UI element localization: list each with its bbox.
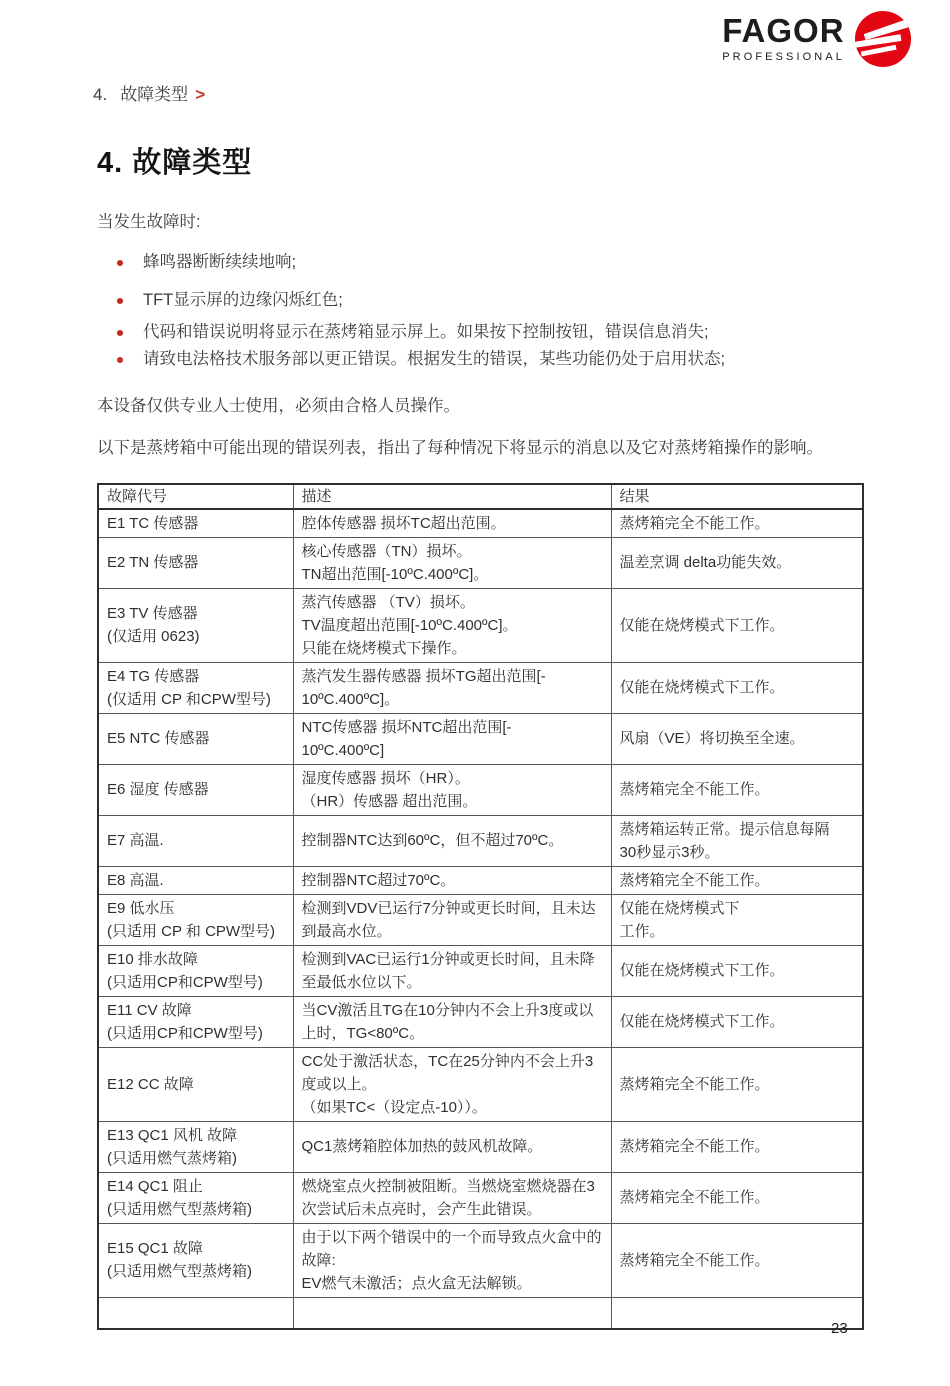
cell-fault-code: E10 排水故障(只适用CP和CPW型号) bbox=[98, 945, 293, 996]
cell-result: 蒸烤箱完全不能工作。 bbox=[611, 1047, 863, 1121]
cell-result: 蒸烤箱完全不能工作。 bbox=[611, 866, 863, 894]
cell-description: 腔体传感器 损坏TC超出范围。 bbox=[293, 509, 611, 538]
cell-description: NTC传感器 损坏NTC超出范围[-10ºC.400ºC] bbox=[293, 713, 611, 764]
fagor-logo: FAGOR PROFESSIONAL bbox=[722, 10, 912, 68]
cell-description: 当CV激活且TG在10分钟内不会上升3度或以上时，TG<80ºC。 bbox=[293, 996, 611, 1047]
page-title: 4. 故障类型 bbox=[97, 140, 862, 181]
bullet-icon bbox=[117, 260, 123, 266]
cell-fault-code: E1 TC 传感器 bbox=[98, 509, 293, 538]
table-row: E5 NTC 传感器NTC传感器 损坏NTC超出范围[-10ºC.400ºC]风… bbox=[98, 713, 863, 764]
cell-fault-code: E11 CV 故障(只适用CP和CPW型号) bbox=[98, 996, 293, 1047]
cell-result: 蒸烤箱完全不能工作。 bbox=[611, 1172, 863, 1223]
cell-result: 仅能在烧烤模式下工作。 bbox=[611, 588, 863, 662]
cell-result: 仅能在烧烤模式下工作。 bbox=[611, 945, 863, 996]
cell-result: 蒸烤箱完全不能工作。 bbox=[611, 1121, 863, 1172]
table-row: E11 CV 故障(只适用CP和CPW型号)当CV激活且TG在10分钟内不会上升… bbox=[98, 996, 863, 1047]
breadcrumb-label[interactable]: 故障类型 bbox=[120, 85, 188, 104]
cell-fault-code bbox=[98, 1297, 293, 1329]
cell-description: 燃烧室点火控制被阻断。当燃烧室燃烧器在3次尝试后未点亮时，会产生此错误。 bbox=[293, 1172, 611, 1223]
cell-description: 控制器NTC超过70ºC。 bbox=[293, 866, 611, 894]
intro-note: 本设备仅供专业人士使用，必须由合格人员操作。 bbox=[97, 392, 862, 416]
table-row: E4 TG 传感器(仅适用 CP 和CPW型号)蒸汽发生器传感器 损坏TG超出范… bbox=[98, 662, 863, 713]
cell-fault-code: E14 QC1 阻止(只适用燃气型蒸烤箱) bbox=[98, 1172, 293, 1223]
cell-fault-code: E7 高温. bbox=[98, 815, 293, 866]
column-header-code: 故障代号 bbox=[98, 484, 293, 509]
cell-description: CC处于激活状态，TC在25分钟内不会上升3度或以上。（如果TC<（设定点-10… bbox=[293, 1047, 611, 1121]
cell-fault-code: E6 湿度 传感器 bbox=[98, 764, 293, 815]
breadcrumb-arrow-icon: > bbox=[195, 85, 205, 104]
breadcrumb-number: 4. bbox=[93, 85, 107, 104]
cell-fault-code: E12 CC 故障 bbox=[98, 1047, 293, 1121]
cell-result bbox=[611, 1297, 863, 1329]
bullet-icon bbox=[117, 357, 123, 363]
logo-text-block: FAGOR PROFESSIONAL bbox=[722, 14, 845, 63]
table-row: E2 TN 传感器核心传感器（TN）损坏。TN超出范围[-10ºC.400ºC]… bbox=[98, 537, 863, 588]
cell-description: 核心传感器（TN）损坏。TN超出范围[-10ºC.400ºC]。 bbox=[293, 537, 611, 588]
logo-brand-text: FAGOR bbox=[722, 14, 844, 47]
cell-description: 检测到VDV已运行7分钟或更长时间，且未达到最高水位。 bbox=[293, 894, 611, 945]
table-row bbox=[98, 1297, 863, 1329]
cell-result: 风扇（VE）将切换至全速。 bbox=[611, 713, 863, 764]
list-item: 蜂鸣器断断续续地响; bbox=[117, 250, 862, 275]
cell-fault-code: E9 低水压(只适用 CP 和 CPW型号) bbox=[98, 894, 293, 945]
table-row: E13 QC1 风机 故障(只适用燃气蒸烤箱)QC1蒸烤箱腔体加热的鼓风机故障。… bbox=[98, 1121, 863, 1172]
cell-description: 检测到VAC已运行1分钟或更长时间，且未降至最低水位以下。 bbox=[293, 945, 611, 996]
table-row: E6 湿度 传感器湿度传感器 损坏（HR）。（HR）传感器 超出范围。蒸烤箱完全… bbox=[98, 764, 863, 815]
cell-fault-code: E8 高温. bbox=[98, 866, 293, 894]
intro-lead: 当发生故障时: bbox=[97, 208, 862, 232]
table-row: E14 QC1 阻止(只适用燃气型蒸烤箱)燃烧室点火控制被阻断。当燃烧室燃烧器在… bbox=[98, 1172, 863, 1223]
cell-description bbox=[293, 1297, 611, 1329]
fault-bullet-list: 蜂鸣器断断续续地响;TFT显示屏的边缘闪烁红色;代码和错误说明将显示在蒸烤箱显示… bbox=[97, 250, 862, 372]
cell-fault-code: E4 TG 传感器(仅适用 CP 和CPW型号) bbox=[98, 662, 293, 713]
document-page: FAGOR PROFESSIONAL 4.故障类型> 4. 故障类型 当发生故障… bbox=[0, 0, 950, 1386]
bullet-text: 蜂鸣器断断续续地响; bbox=[143, 250, 296, 275]
table-row: E1 TC 传感器腔体传感器 损坏TC超出范围。蒸烤箱完全不能工作。 bbox=[98, 509, 863, 538]
cell-fault-code: E2 TN 传感器 bbox=[98, 537, 293, 588]
bullet-icon bbox=[117, 298, 123, 304]
cell-result: 仅能在烧烤模式下工作。 bbox=[611, 662, 863, 713]
column-header-result: 结果 bbox=[611, 484, 863, 509]
cell-result: 蒸烤箱完全不能工作。 bbox=[611, 1223, 863, 1297]
cell-result: 蒸烤箱完全不能工作。 bbox=[611, 509, 863, 538]
fagor-flame-icon bbox=[854, 10, 912, 68]
cell-result: 仅能在烧烤模式下工作。 bbox=[611, 894, 863, 945]
cell-result: 蒸烤箱完全不能工作。 bbox=[611, 764, 863, 815]
cell-description: 由于以下两个错误中的一个而导致点火盒中的故障:EV燃气未激活；点火盒无法解锁。 bbox=[293, 1223, 611, 1297]
list-item: TFT显示屏的边缘闪烁红色; bbox=[117, 288, 862, 313]
table-row: E12 CC 故障CC处于激活状态，TC在25分钟内不会上升3度或以上。（如果T… bbox=[98, 1047, 863, 1121]
cell-fault-code: E15 QC1 故障(只适用燃气型蒸烤箱) bbox=[98, 1223, 293, 1297]
table-row: E10 排水故障(只适用CP和CPW型号)检测到VAC已运行1分钟或更长时间，且… bbox=[98, 945, 863, 996]
table-row: E3 TV 传感器(仅适用 0623)蒸汽传感器 （TV）损坏。TV温度超出范围… bbox=[98, 588, 863, 662]
bullet-text: 请致电法格技术服务部以更正错误。根据发生的错误，某些功能仍处于启用状态; bbox=[143, 347, 725, 372]
cell-result: 仅能在烧烤模式下工作。 bbox=[611, 996, 863, 1047]
cell-fault-code: E3 TV 传感器(仅适用 0623) bbox=[98, 588, 293, 662]
fault-table: 故障代号 描述 结果 E1 TC 传感器腔体传感器 损坏TC超出范围。蒸烤箱完全… bbox=[97, 483, 864, 1330]
list-item: 请致电法格技术服务部以更正错误。根据发生的错误，某些功能仍处于启用状态; bbox=[117, 347, 862, 372]
bullet-text: 代码和错误说明将显示在蒸烤箱显示屏上。如果按下控制按钮，错误信息消失; bbox=[143, 320, 709, 345]
bullet-text: TFT显示屏的边缘闪烁红色; bbox=[143, 288, 343, 313]
cell-description: 控制器NTC达到60ºC，但不超过70ºC。 bbox=[293, 815, 611, 866]
cell-description: 蒸汽发生器传感器 损坏TG超出范围[-10ºC.400ºC]。 bbox=[293, 662, 611, 713]
table-header-row: 故障代号 描述 结果 bbox=[98, 484, 863, 509]
cell-result: 温差烹调 delta功能失效。 bbox=[611, 537, 863, 588]
list-item: 代码和错误说明将显示在蒸烤箱显示屏上。如果按下控制按钮，错误信息消失; bbox=[117, 320, 862, 345]
table-row: E15 QC1 故障(只适用燃气型蒸烤箱)由于以下两个错误中的一个而导致点火盒中… bbox=[98, 1223, 863, 1297]
table-row: E8 高温.控制器NTC超过70ºC。蒸烤箱完全不能工作。 bbox=[98, 866, 863, 894]
column-header-description: 描述 bbox=[293, 484, 611, 509]
main-content: 4. 故障类型 当发生故障时: 蜂鸣器断断续续地响;TFT显示屏的边缘闪烁红色;… bbox=[97, 140, 862, 1330]
table-row: E7 高温.控制器NTC达到60ºC，但不超过70ºC。蒸烤箱运转正常。提示信息… bbox=[98, 815, 863, 866]
table-row: E9 低水压(只适用 CP 和 CPW型号)检测到VDV已运行7分钟或更长时间，… bbox=[98, 894, 863, 945]
intro-description: 以下是蒸烤箱中可能出现的错误列表，指出了每种情况下将显示的消息以及它对蒸烤箱操作… bbox=[97, 436, 862, 462]
page-number: 23 bbox=[831, 1320, 848, 1337]
fault-table-body: E1 TC 传感器腔体传感器 损坏TC超出范围。蒸烤箱完全不能工作。E2 TN … bbox=[98, 509, 863, 1329]
cell-description: 湿度传感器 损坏（HR）。（HR）传感器 超出范围。 bbox=[293, 764, 611, 815]
cell-fault-code: E13 QC1 风机 故障(只适用燃气蒸烤箱) bbox=[98, 1121, 293, 1172]
cell-fault-code: E5 NTC 传感器 bbox=[98, 713, 293, 764]
cell-description: QC1蒸烤箱腔体加热的鼓风机故障。 bbox=[293, 1121, 611, 1172]
bullet-icon bbox=[117, 330, 123, 336]
logo-subtitle-text: PROFESSIONAL bbox=[722, 51, 845, 63]
cell-result: 蒸烤箱运转正常。提示信息每隔30秒显示3秒。 bbox=[611, 815, 863, 866]
cell-description: 蒸汽传感器 （TV）损坏。TV温度超出范围[-10ºC.400ºC]。只能在烧烤… bbox=[293, 588, 611, 662]
breadcrumb[interactable]: 4.故障类型> bbox=[93, 80, 205, 105]
